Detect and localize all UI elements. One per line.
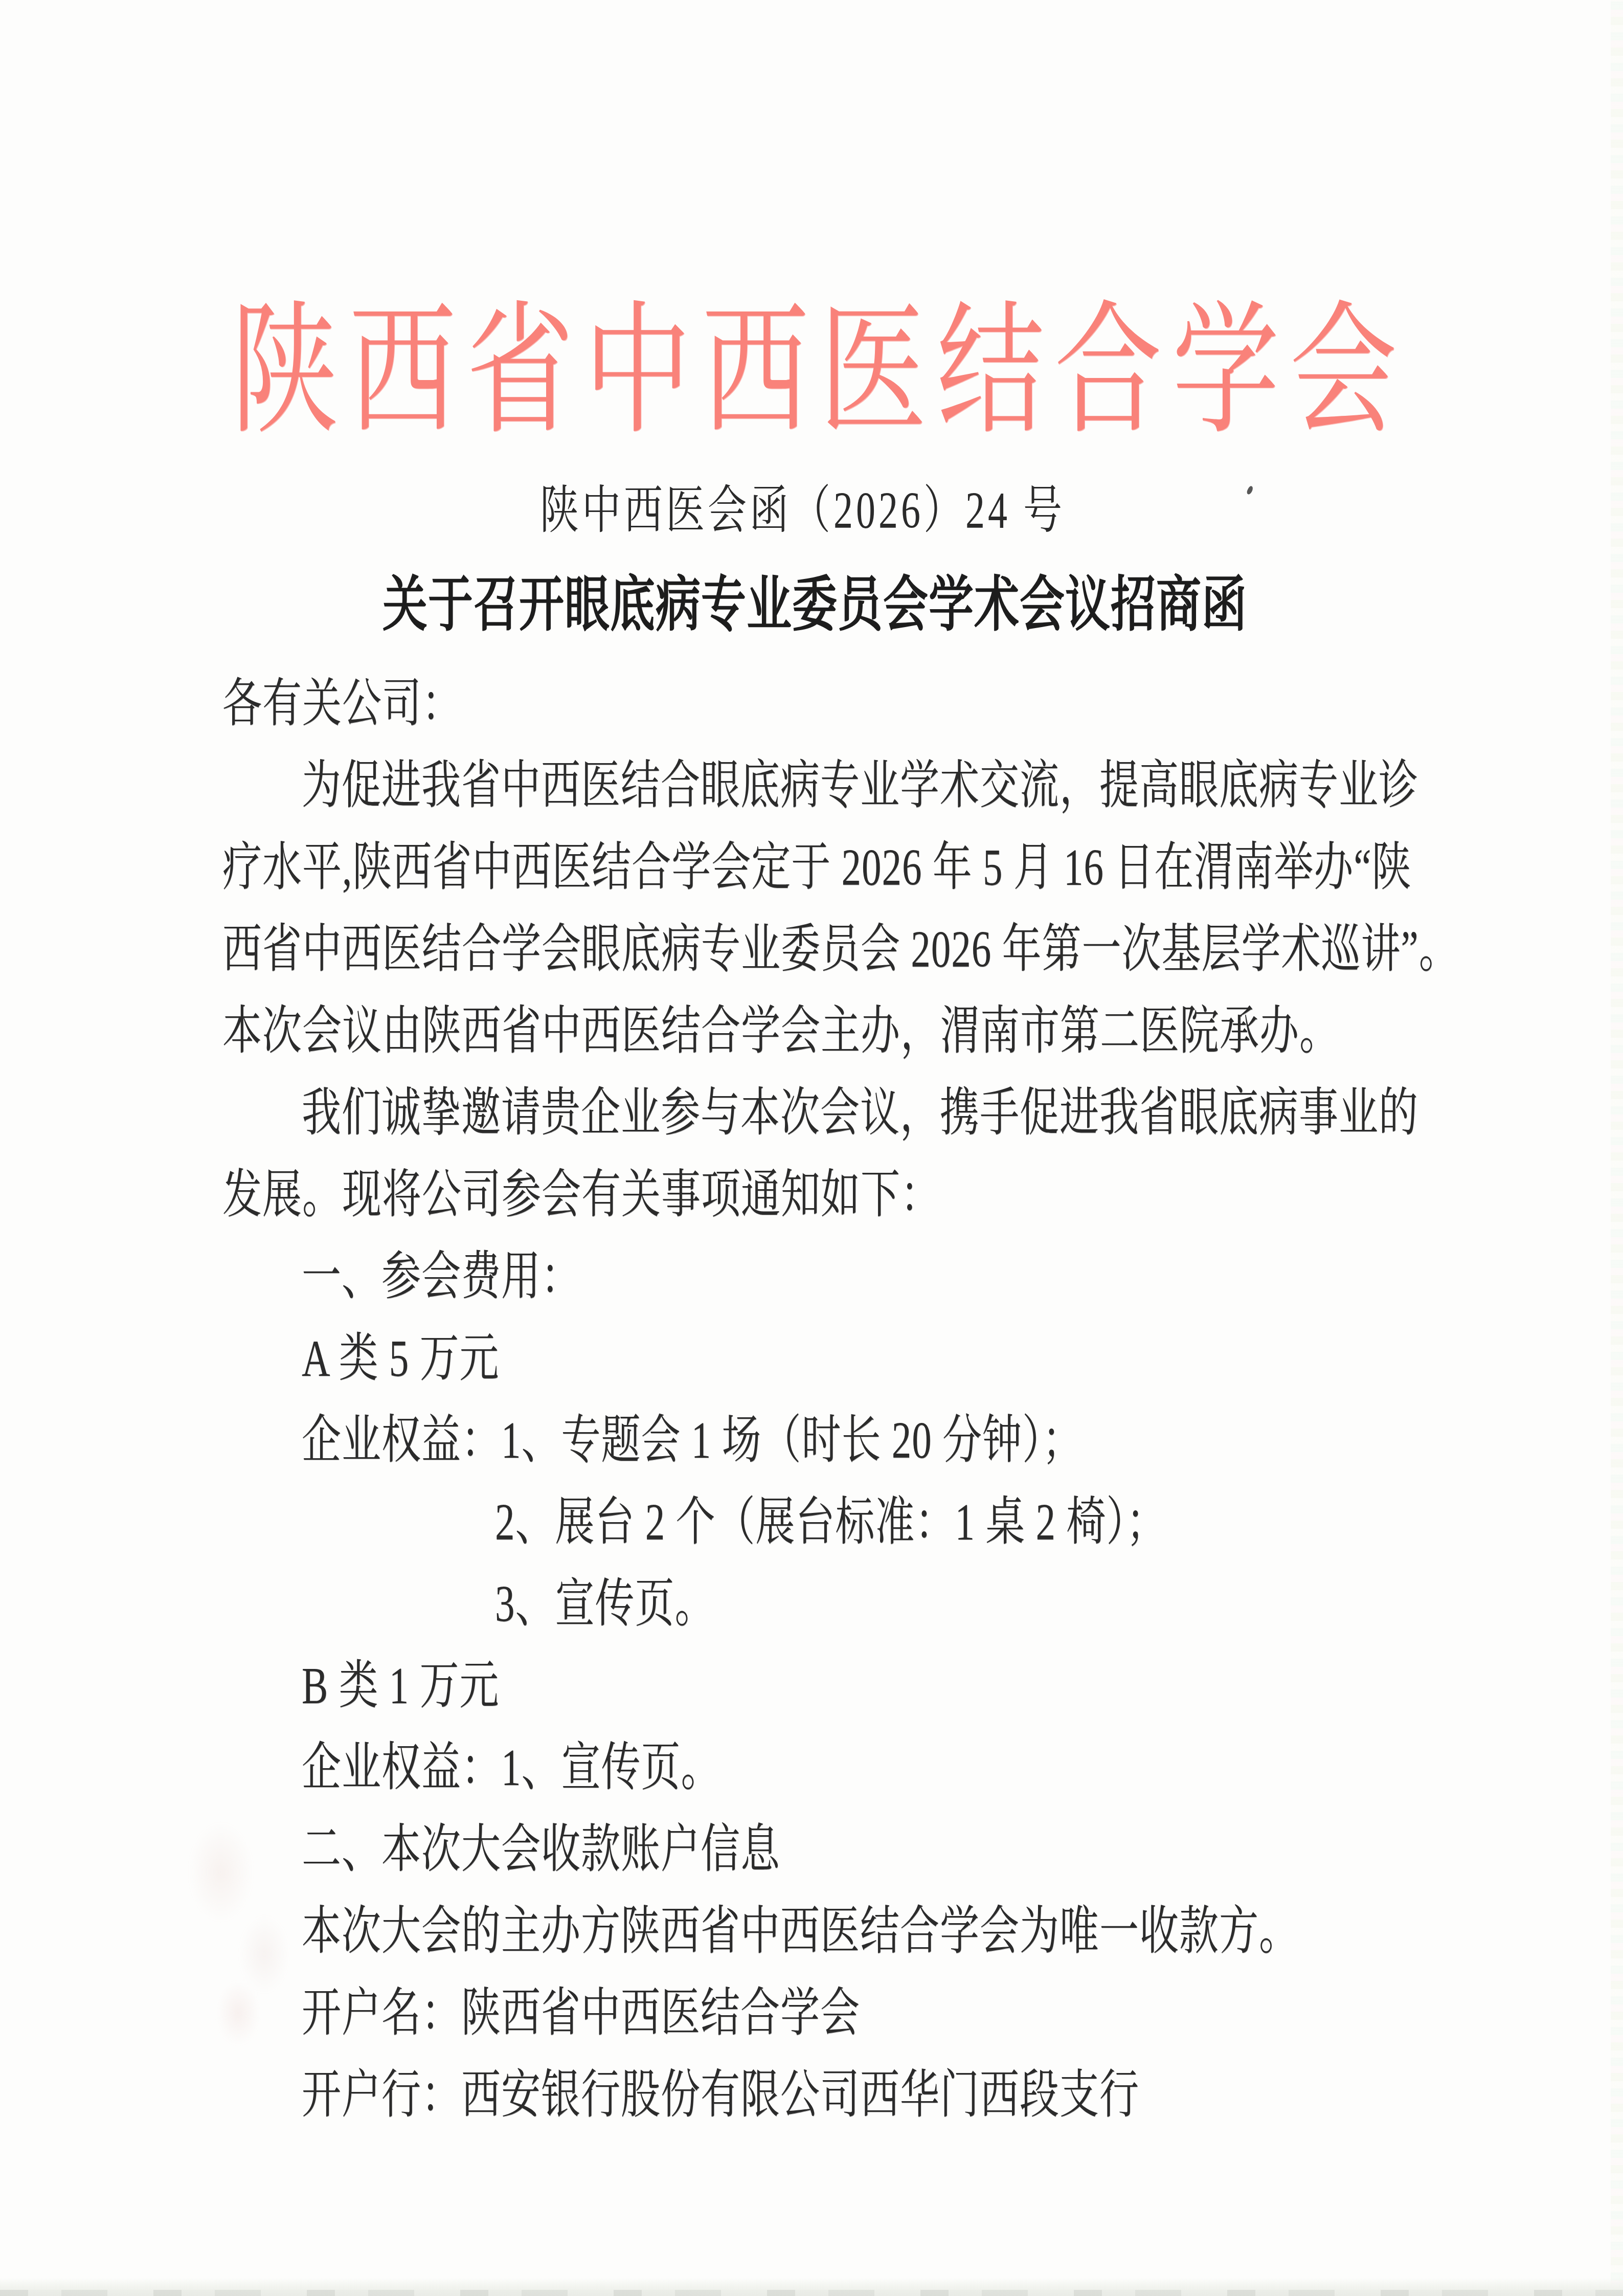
- section-heading-fees: 一、参会费用：: [302, 1251, 581, 1303]
- reference-number: 陕中西医会函（2026）24 号: [540, 485, 1065, 537]
- body-line: 西省中西医结合学会眼底病专业委员会 2026 年第一次基层学术巡讲”。: [222, 923, 1459, 975]
- salutation-line: 各有关公司：: [222, 678, 462, 730]
- benefit-line: 企业权益：1、专题会 1 场（时长 20 分钟）；: [302, 1414, 1083, 1466]
- subject-title: 关于召开眼底病专业委员会学术会议招商函: [382, 576, 1247, 636]
- section-heading-account: 二、本次大会收款账户信息: [302, 1823, 780, 1876]
- benefit-line: 企业权益：1、宣传页。: [302, 1742, 721, 1794]
- body-line: 本次会议由陕西省中西医结合学会主办，渭南市第二医院承办。: [222, 1005, 1339, 1057]
- fee-class-a-line: A 类 5 万元: [302, 1332, 500, 1385]
- body-line: 我们诚挚邀请贵企业参与本次会议，携手促进我省眼底病事业的: [302, 1087, 1418, 1139]
- stamp-bleedthrough-smudge: [169, 1813, 343, 2048]
- scanned-letter-page: 陕西省中西医结合学会 陕中西医会函（2026）24 号 关于召开眼底病专业委员会…: [0, 0, 1623, 2296]
- fee-class-b-line: B 类 1 万元: [302, 1660, 500, 1712]
- scanner-bottom-streaks: [0, 2290, 1623, 2296]
- account-name-line: 开户名：陕西省中西医结合学会: [302, 1987, 860, 2039]
- benefit-line: 3、宣传页。: [495, 1578, 715, 1630]
- body-line: 为促进我省中西医结合眼底病专业学术交流，提高眼底病专业诊: [302, 760, 1418, 812]
- scan-edge-noise: [1611, 0, 1623, 2296]
- benefit-line: 2、展台 2 个（展台标准：1 桌 2 椅）；: [495, 1496, 1166, 1548]
- scan-speck-artifact: [1246, 485, 1254, 495]
- account-bank-line: 开户行：西安银行股份有限公司西华门西段支行: [302, 2069, 1139, 2121]
- letterhead-title: 陕西省中西医结合学会: [231, 301, 1407, 443]
- body-line: 发展。现将公司参会有关事项通知如下：: [222, 1169, 940, 1221]
- body-line: 疗水平,陕西省中西医结合学会定于 2026 年 5 月 16 日在渭南举办“陕: [222, 841, 1411, 894]
- body-line: 本次大会的主办方陕西省中西医结合学会为唯一收款方。: [302, 1905, 1299, 1957]
